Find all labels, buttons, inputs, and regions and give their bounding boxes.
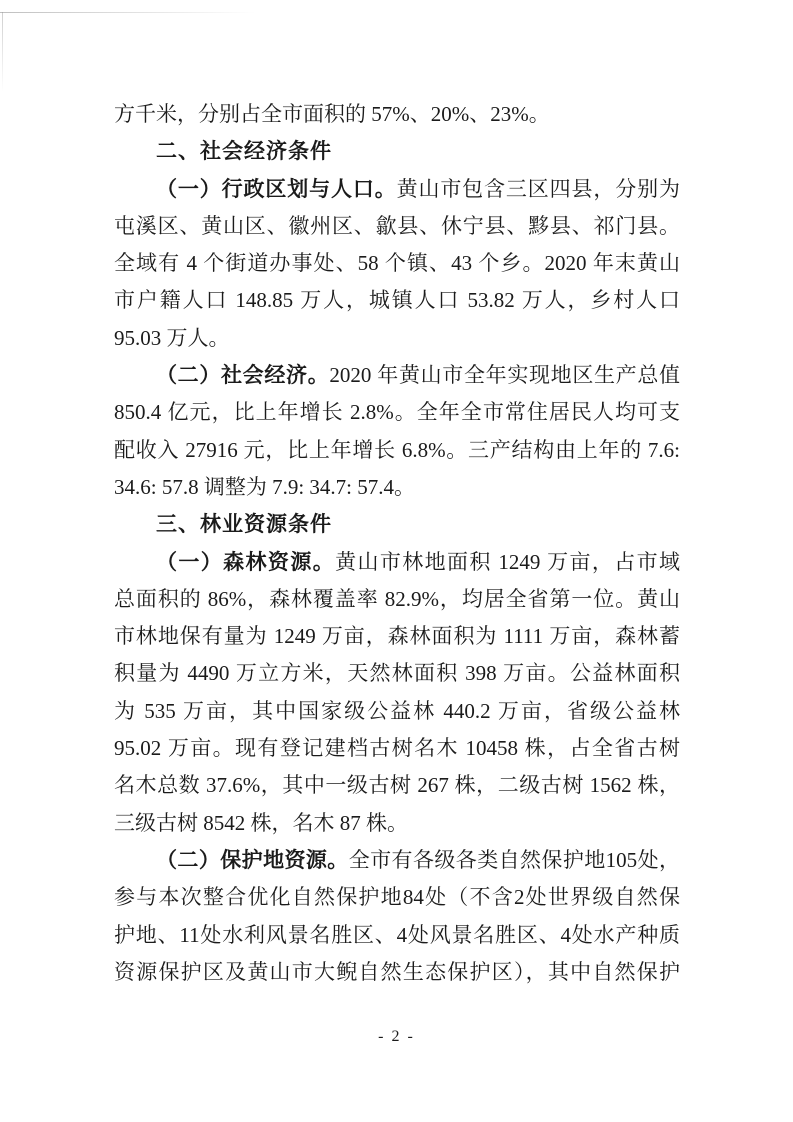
document-line: 市林地保有量为 1249 万亩，森林面积为 1111 万亩，森林蓄 <box>114 618 680 655</box>
document-line: 配收入 27916 元，比上年增长 6.8%。三产结构由上年的 7.6: <box>114 432 680 469</box>
subsection-label-administrative-population: （一）行政区划与人口。 <box>156 177 397 201</box>
subsection-label-social-economy: （二）社会经济。 <box>156 363 329 387</box>
document-line: （一）行政区划与人口。黄山市包含三区四县，分别为 <box>114 171 680 208</box>
document-line: 名木总数 37.6%，其中一级古树 267 株，二级古树 1562 株， <box>114 767 680 804</box>
document-line: 屯溪区、黄山区、徽州区、歙县、休宁县、黟县、祁门县。 <box>114 208 680 245</box>
document-line: （一）森林资源。黄山市林地面积 1249 万亩，占市域 <box>114 544 680 581</box>
document-line: 护地、11处水利风景名胜区、4处风景名胜区、4处水产种质 <box>114 917 680 954</box>
document-line: 资源保护区及黄山市大鲵自然生态保护区），其中自然保护 <box>114 954 680 991</box>
subsection-label-forest-resources: （一）森林资源。 <box>156 550 335 574</box>
scan-edge-artifact-vertical <box>2 12 3 92</box>
document-line: （二）保护地资源。全市有各级各类自然保护地105处， <box>114 842 680 879</box>
document-line: 850.4 亿元，比上年增长 2.8%。全年全市常住居民人均可支 <box>114 394 680 431</box>
document-line: 95.02 万亩。现有登记建档古树名木 10458 株，占全省古树 <box>114 730 680 767</box>
document-line: 95.03 万人。 <box>114 320 680 357</box>
document-line: 全域有 4 个街道办事处、58 个镇、43 个乡。2020 年末黄山 <box>114 245 680 282</box>
document-line: 三级古树 8542 株，名木 87 株。 <box>114 805 680 842</box>
line-text: 黄山市林地面积 1249 万亩，占市域 <box>335 550 680 574</box>
section-heading-social-economy: 二、社会经济条件 <box>114 133 680 170</box>
section-heading-forestry-resources: 三、林业资源条件 <box>114 506 680 543</box>
document-line: （二）社会经济。2020 年黄山市全年实现地区生产总值 <box>114 357 680 394</box>
document-page: 方千米，分别占全市面积的 57%、20%、23%。 二、社会经济条件 （一）行政… <box>0 0 793 1122</box>
document-line: 方千米，分别占全市面积的 57%、20%、23%。 <box>114 96 680 133</box>
document-line: 34.6: 57.8 调整为 7.9: 34.7: 57.4。 <box>114 469 680 506</box>
subsection-label-protected-area-resources: （二）保护地资源。 <box>156 848 349 872</box>
document-body: 方千米，分别占全市面积的 57%、20%、23%。 二、社会经济条件 （一）行政… <box>114 96 680 991</box>
scan-edge-artifact-horizontal <box>0 12 255 13</box>
line-text: 黄山市包含三区四县，分别为 <box>397 177 680 201</box>
document-line: 积量为 4490 万立方米，天然林面积 398 万亩。公益林面积 <box>114 655 680 692</box>
document-line: 总面积的 86%，森林覆盖率 82.9%，均居全省第一位。黄山 <box>114 581 680 618</box>
document-line: 参与本次整合优化自然保护地84处（不含2处世界级自然保 <box>114 879 680 916</box>
line-text: 全市有各级各类自然保护地105处， <box>349 848 680 872</box>
document-line: 市户籍人口 148.85 万人，城镇人口 53.82 万人，乡村人口 <box>114 282 680 319</box>
line-text: 2020 年黄山市全年实现地区生产总值 <box>329 363 680 387</box>
footer-page-number: - 2 - <box>0 1028 793 1046</box>
document-line: 为 535 万亩，其中国家级公益林 440.2 万亩，省级公益林 <box>114 693 680 730</box>
